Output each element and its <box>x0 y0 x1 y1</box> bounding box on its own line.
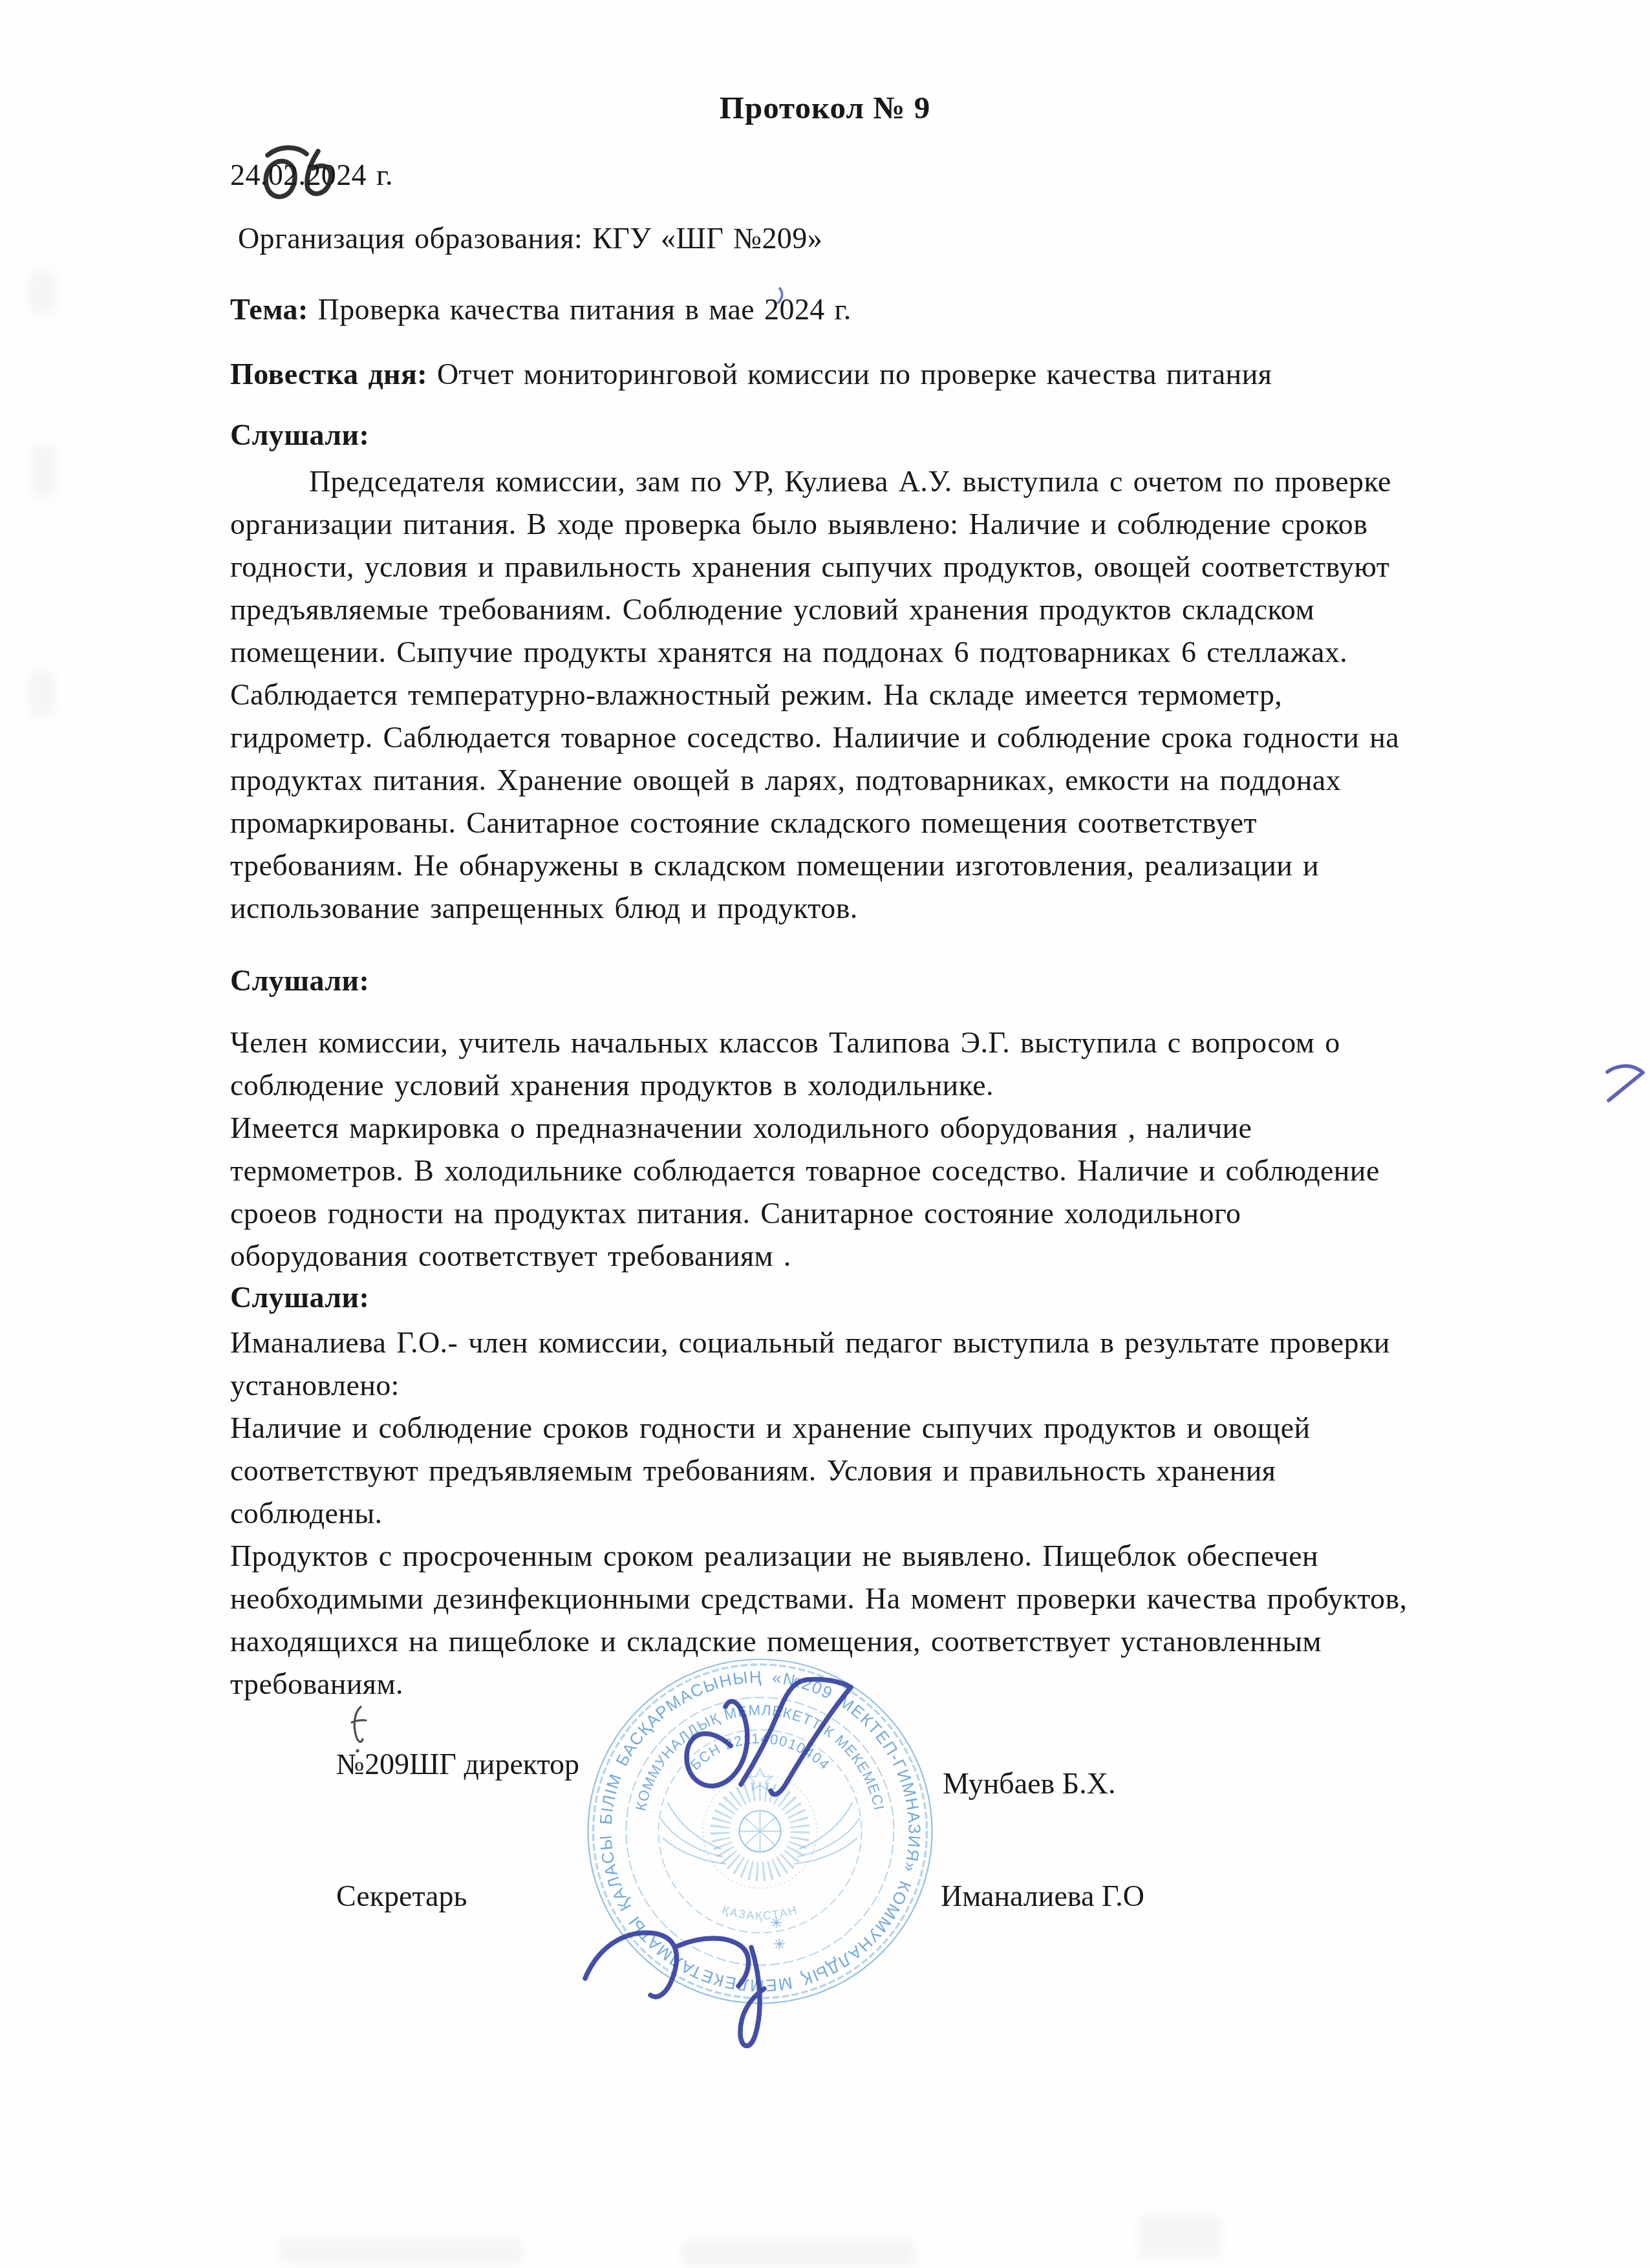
section-3-body: Иманалиева Г.О.- член комиссии, социальн… <box>230 1321 1575 1706</box>
date-line: 24.02.2024 г. <box>230 156 393 194</box>
scan-smudge-bottom-left <box>278 2238 524 2264</box>
section-3-heading: Слушали: <box>230 1279 369 1316</box>
tema-label: Тема: <box>230 293 308 326</box>
director-name: Мунбаев Б.Х. <box>943 1766 1115 1801</box>
stamp-bsn-number: БСН 221140010404 <box>687 1730 833 1773</box>
page-title: Протокол № 9 <box>0 89 1650 126</box>
margin-pen-check-mark <box>1607 1066 1643 1100</box>
section-1-heading: Слушали: <box>230 416 369 454</box>
stamp-star-bottom: ✳ <box>773 1936 786 1952</box>
povestka-line: Повестка дня: Отчет мониторинговой комис… <box>230 356 1272 393</box>
scan-mark-left-edge-1 <box>27 272 57 313</box>
tema-line: Тема: Проверка качества питания в мае 20… <box>230 291 852 328</box>
secretary-role: Секретарь <box>336 1879 467 1913</box>
svg-text:ҚАЗАҚСТАН: ҚАЗАҚСТАН <box>721 1903 800 1922</box>
scan-smudge-bottom-center <box>682 2241 915 2268</box>
stamp-kazakhstan-emblem: ҚАЗАҚСТАН <box>660 1769 860 1922</box>
section-2-heading: Слушали: <box>230 962 369 1000</box>
section-2-body: Челен комиссии, учитель начальных классо… <box>230 1022 1575 1278</box>
stamp-star-top: ✳ <box>770 1914 782 1931</box>
povestka-text: Отчет мониторинговой комиссии по проверк… <box>437 358 1272 390</box>
secretary-name: Иманалиева Г.О <box>941 1879 1144 1913</box>
scanned-protocol-page: Протокол № 9 24.02.2024 г. Организация о… <box>0 0 1650 2268</box>
director-role: №209ШГ директор <box>336 1747 579 1781</box>
emblem-caption: ҚАЗАҚСТАН <box>721 1903 800 1922</box>
tema-text: Проверка качества питания в мае 2024 г. <box>318 293 852 326</box>
organization-line: Организация образования: КГУ «ШГ №209» <box>238 220 822 257</box>
scan-smudge-bottom-right <box>1138 2216 1222 2259</box>
small-pen-flourish <box>354 1707 363 1742</box>
scan-mark-left-edge-3 <box>28 671 56 716</box>
section-1-body: Председателя комиссии, зам по УР, Кулиев… <box>230 460 1575 930</box>
date-suffix: .2024 г. <box>299 158 393 191</box>
school-round-stamp: АЛМАТЫ ҚАЛАСЫ БІЛІМ БАСҚАРМАСЫНЫҢ «№209 … <box>584 1655 936 2007</box>
povestka-label: Повестка дня: <box>230 358 427 390</box>
date-prefix: 24. <box>230 158 268 191</box>
svg-text:БСН 221140010404: БСН 221140010404 <box>687 1730 833 1773</box>
small-pen-flourish-bar <box>352 1720 366 1722</box>
date-month-printed: 02 <box>268 158 299 191</box>
scan-mark-left-edge-2 <box>31 445 57 497</box>
